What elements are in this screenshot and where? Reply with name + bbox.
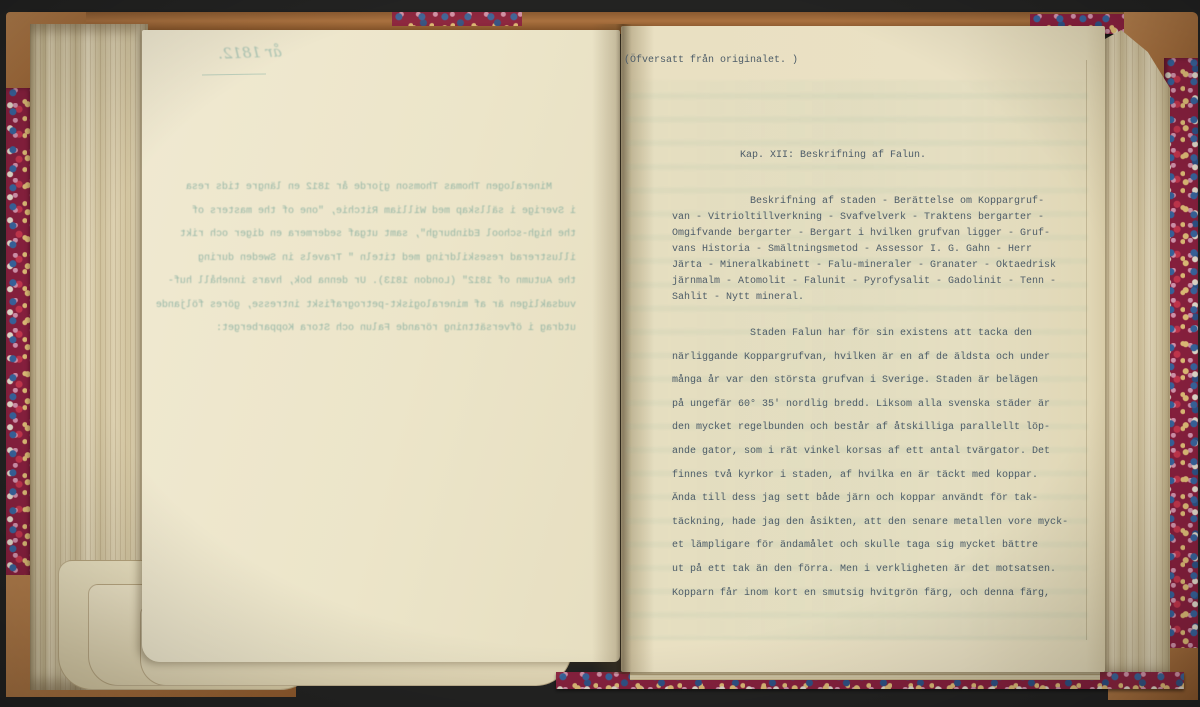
chapter-summary-paragraph: Beskrifning af staden - Berättelse om Ko… bbox=[672, 194, 1072, 306]
chapter-heading: Kap. XII: Beskrifning af Falun. bbox=[740, 149, 926, 163]
marbled-cover-left-edge bbox=[6, 88, 32, 612]
translation-note: (Öfversatt från originalet. ) bbox=[624, 54, 798, 68]
right-page-edge-stack bbox=[1096, 30, 1170, 680]
under-page-edges-bottom-right bbox=[630, 672, 1100, 680]
left-page bbox=[142, 30, 620, 662]
marbled-cover-top-strip-left bbox=[392, 12, 522, 26]
book-photo: år 1812. Mineralogen Thomas Thomson gjor… bbox=[0, 0, 1200, 707]
handwritten-year-note-mirrored: år 1812. bbox=[196, 43, 283, 72]
chapter-body-paragraph: Staden Falun har för sin existens att ta… bbox=[672, 322, 1082, 605]
page-edge-grain bbox=[1096, 30, 1170, 680]
bleedthrough-paragraph-mirrored: Mineralogen Thomas Thomson gjorde år 181… bbox=[92, 176, 576, 341]
